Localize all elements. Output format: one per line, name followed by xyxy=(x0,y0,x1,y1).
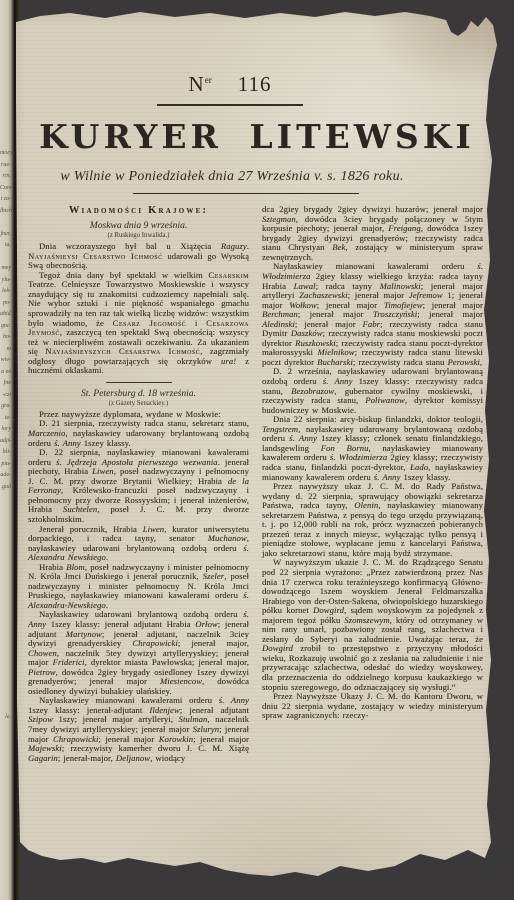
body-text: 1szey klassy. xyxy=(81,438,131,448)
italic-name: Chrapowicki xyxy=(132,638,178,648)
body-text: Nayłaskawiey udarowani brylantową ozdobą… xyxy=(39,609,243,619)
article-body-continued: dca 2giey brygady 2giey dywizyi huzarów;… xyxy=(262,205,483,721)
italic-name: Fabr xyxy=(363,319,381,329)
body-text: 1szey klassy: jenerał adjutant Hrabia xyxy=(46,619,195,629)
issue-value: 116 xyxy=(238,72,272,96)
body-text: Tegoż dnia dany był spektakl w wielkim xyxy=(39,270,208,280)
body-text: , xyxy=(480,357,482,367)
italic-name: Dowgird xyxy=(262,643,293,653)
italic-name: Blom xyxy=(66,562,85,572)
italic-name: Marczenio xyxy=(28,428,65,438)
italic-name: Bek xyxy=(332,242,345,252)
italic-name: ś. Jędrzeja Apostoła pierwszego wezwania xyxy=(56,457,218,467)
italic-name: Liwen xyxy=(92,466,114,476)
italic-name: Liwen xyxy=(143,524,165,534)
section-divider xyxy=(106,382,172,383)
body-text: ; rzeczywisty kamerher dworu J. C. M. Xi… xyxy=(62,743,249,753)
body-text: ; jenerał major xyxy=(298,309,373,319)
newspaper-title: KURYER LITEWSKI xyxy=(0,117,514,156)
italic-name: Łado xyxy=(410,462,428,472)
italic-name: Daszków xyxy=(291,328,323,338)
body-text: , nayłaskawiey mianowany sekretarzem Pań… xyxy=(262,500,483,558)
body-text: Przez Naywyższe Ukazy J. C. M. do Kantor… xyxy=(262,691,483,720)
italic-name: ura! xyxy=(221,356,236,366)
issue-number: Ner116 xyxy=(0,72,487,97)
paragraph: D. 21 sierpnia, rzeczywisty radca stanu,… xyxy=(28,419,249,448)
italic-name: Deljanow xyxy=(116,753,150,763)
italic-name: Chrapowicki xyxy=(53,734,99,744)
italic-name: Malinowski xyxy=(380,281,421,291)
italic-name: Lawal xyxy=(294,281,316,291)
body-text: . xyxy=(247,241,249,251)
article-dateline-moscow: Moskwa dnia 9 września. xyxy=(28,220,249,231)
article-columns: Wiadomości Krajowe: Moskwa dnia 9 wrześn… xyxy=(0,194,514,763)
italic-name: ś. Anny xyxy=(374,472,401,482)
italic-name: Stulman xyxy=(179,714,208,724)
italic-name: Sztegman xyxy=(262,214,296,224)
italic-name: Majewski xyxy=(28,743,62,753)
italic-name: Olenin xyxy=(354,500,378,510)
paragraph: Dnia 22 sierpnia: arcy-biskup finlandzki… xyxy=(262,415,483,482)
italic-name: Korowkin xyxy=(159,734,193,744)
body-text: Dnia 22 sierpnia: arcy-biskup finlandzki… xyxy=(273,414,483,424)
italic-name: Fon Bornu xyxy=(321,443,369,453)
small-caps-text: Cesarskim xyxy=(208,270,249,280)
paragraph: Hrabia Blom, poseł nadzwyczayny i minist… xyxy=(28,563,249,611)
paragraph: Jenerał porucznik, Hrabia Liwen, kurator… xyxy=(28,525,249,563)
italic-name: Zachaszewski xyxy=(299,290,347,300)
body-text: D. 21 sierpnia, rzeczywisty radca stanu,… xyxy=(39,418,249,428)
left-column: Wiadomości Krajowe: Moskwa dnia 9 wrześn… xyxy=(28,205,249,763)
small-caps-text: Nayjaśnieysi Cesarstwo Ichmość xyxy=(28,251,163,261)
italic-name: Muchanow xyxy=(208,533,247,543)
body-text: Dnia wczorayszego był bal u Xiążęcia xyxy=(39,241,221,251)
italic-name: ś. Anny xyxy=(289,433,317,443)
body-text: ; jenerał major, xyxy=(178,638,249,648)
paragraph: Przez naywyższy ukaz J. C. M. do Rady Pa… xyxy=(262,482,483,558)
article-source-moscow: (z Ruskiego Inwalida.) xyxy=(28,232,249,239)
issue-superscript: er xyxy=(205,75,212,85)
article-body-moscow: Dnia wczorayszego był bal u Xiążęcia Rag… xyxy=(28,242,249,376)
body-text: , wiodący xyxy=(150,753,185,763)
body-text: 1szey klassy. xyxy=(400,472,450,482)
masthead: Ner116 KURYER LITEWSKI w Wilnie w Ponied… xyxy=(0,72,514,194)
italic-name: Wołkow xyxy=(289,300,317,310)
italic-name: ś. Anny xyxy=(323,376,353,386)
italic-name: Aledinski xyxy=(262,319,295,329)
italic-name: Poliwanow xyxy=(365,395,405,405)
italic-name: Szeler xyxy=(203,571,225,581)
body-text: 1szey klassy: jenerał-adjutant xyxy=(28,705,149,715)
body-text: Hrabia xyxy=(39,562,66,572)
italic-name: Ruszkowski xyxy=(295,338,336,348)
paragraph: Nayłaskawiey udarowani brylantową ozdobą… xyxy=(28,610,249,696)
italic-name: Troszczyński xyxy=(373,309,417,319)
italic-name: ś. Włodzimierza xyxy=(330,452,387,462)
small-caps-text: Cesarz Jegomość xyxy=(113,318,187,328)
italic-name: Szipow xyxy=(28,714,53,724)
paragraph: W naywyższym ukazie J. C. M. do Rządzące… xyxy=(262,558,483,692)
italic-name: Jefremow xyxy=(409,290,443,300)
body-text: 1szy; jenerał major artylleryi, xyxy=(53,714,179,724)
paragraph: Tegoż dnia dany był spektakl w wielkim C… xyxy=(28,271,249,376)
paragraph: Nayłaskawiey mianowani kawalerami orderu… xyxy=(28,696,249,763)
body-text: , dyrektor miasta Pawłowska; jenerał maj… xyxy=(85,657,249,667)
masthead-rule-bottom xyxy=(133,193,359,195)
italic-name: Perowski xyxy=(447,357,479,367)
italic-name: Timofiejew xyxy=(384,300,423,310)
masthead-rule-top xyxy=(157,104,303,106)
body-text: ; radca tayny xyxy=(316,281,380,291)
article-dateline-petersburg: St. Petersburg d. 18 września. xyxy=(28,388,249,399)
italic-name: Szomszewym xyxy=(344,615,389,625)
body-text: Nayłaskawiey mianowani kawalerami orderu xyxy=(273,261,477,271)
page-content: Ner116 KURYER LITEWSKI w Wilnie w Ponied… xyxy=(0,0,514,763)
body-text: Jenerał porucznik, Hrabia xyxy=(39,524,143,534)
italic-name: Chowen xyxy=(28,648,57,658)
body-text: ; jenerał major xyxy=(417,309,483,319)
italic-name: ś. Anny xyxy=(219,695,249,705)
italic-name: Dowgird xyxy=(313,605,344,615)
body-text: . xyxy=(106,600,108,610)
masthead-dateline: w Wilnie w Poniedziałek dnia 27 Września… xyxy=(0,169,489,185)
italic-name: Mielnikow xyxy=(317,347,354,357)
body-text: ; jenerał major xyxy=(193,734,249,744)
scanned-newspaper: mocyrue-rin,Com-i za-lbich fner,ia, meyy… xyxy=(0,0,514,900)
italic-name: Miesiencow xyxy=(160,676,202,686)
paragraph: Dnia wczorayszego był bal u Xiążęcia Rag… xyxy=(28,242,249,271)
body-text: Nayłaskawiey mianowani kawalerami orderu xyxy=(39,695,219,705)
italic-name: Bucharski xyxy=(317,357,353,367)
body-text: dca 2giey brygady 2giey dywizyi huzarów;… xyxy=(262,204,483,214)
article-body-petersburg: Przez naywyższe dyplomata, wydane w Mosk… xyxy=(28,410,249,763)
newspaper-page: Ner116 KURYER LITEWSKI w Wilnie w Ponied… xyxy=(0,0,514,900)
italic-name: ś. Anny xyxy=(54,438,81,448)
body-text: ; jenerał major xyxy=(98,734,158,744)
body-text: zrobił to przestępstwo z przyczyny młodo… xyxy=(262,643,483,691)
body-text: . xyxy=(106,552,108,562)
paragraph: D. 22 sierpnia, nayłaskawiey mianowani k… xyxy=(28,448,249,524)
body-text: Przez naywyższe dyplomata, wydane w Mosk… xyxy=(39,409,221,419)
right-column: dca 2giey brygady 2giey dywizyi huzarów;… xyxy=(262,205,483,763)
paragraph: Przez Naywyższe Ukazy J. C. M. do Kantor… xyxy=(262,692,483,721)
italic-name: Martynow xyxy=(66,629,102,639)
body-text: ; jenerał major xyxy=(348,290,409,300)
paragraph: D. 2 września, nayłaskawiey udarowani br… xyxy=(262,367,483,415)
italic-name: Pietrow xyxy=(28,667,56,677)
italic-name: Gagarin xyxy=(28,753,58,763)
italic-name: Bezobrazow xyxy=(291,386,334,396)
paragraph: dca 2giey brygady 2giey dywizyi huzarów;… xyxy=(262,205,483,262)
body-text: ; jenerał major xyxy=(295,319,363,329)
italic-name: Orłow xyxy=(195,619,217,629)
italic-name: Friderici xyxy=(53,657,85,667)
body-text: ; jenerał-major, xyxy=(58,753,116,763)
italic-name: Szluryn xyxy=(193,724,219,734)
body-text: ; jenerał major xyxy=(317,300,384,310)
italic-name: Suchtelen xyxy=(63,504,97,514)
body-text: ; jenerał adjutant xyxy=(180,705,249,715)
italic-name: Ildenjew xyxy=(149,705,179,715)
italic-name: Freigang xyxy=(388,223,420,233)
section-heading: Wiadomości Krajowe: xyxy=(28,205,249,216)
paragraph: Nayłaskawiey mianowani kawalerami orderu… xyxy=(262,262,483,367)
italic-name: Raguzy xyxy=(221,241,247,251)
issue-prefix: N xyxy=(189,72,205,96)
body-text: ; jenerał major xyxy=(423,300,483,310)
body-text: i xyxy=(186,318,206,328)
article-source-petersburg: (z Gazety Senackiey.) xyxy=(28,400,249,407)
small-caps-text: Nayjaśnieyszych Cesarstwa Ichmość xyxy=(45,346,200,356)
body-text: ; rzeczywisty radca stanu xyxy=(353,357,448,367)
italic-name: Berchman xyxy=(262,309,298,319)
italic-name: Tengstrem xyxy=(262,424,298,434)
